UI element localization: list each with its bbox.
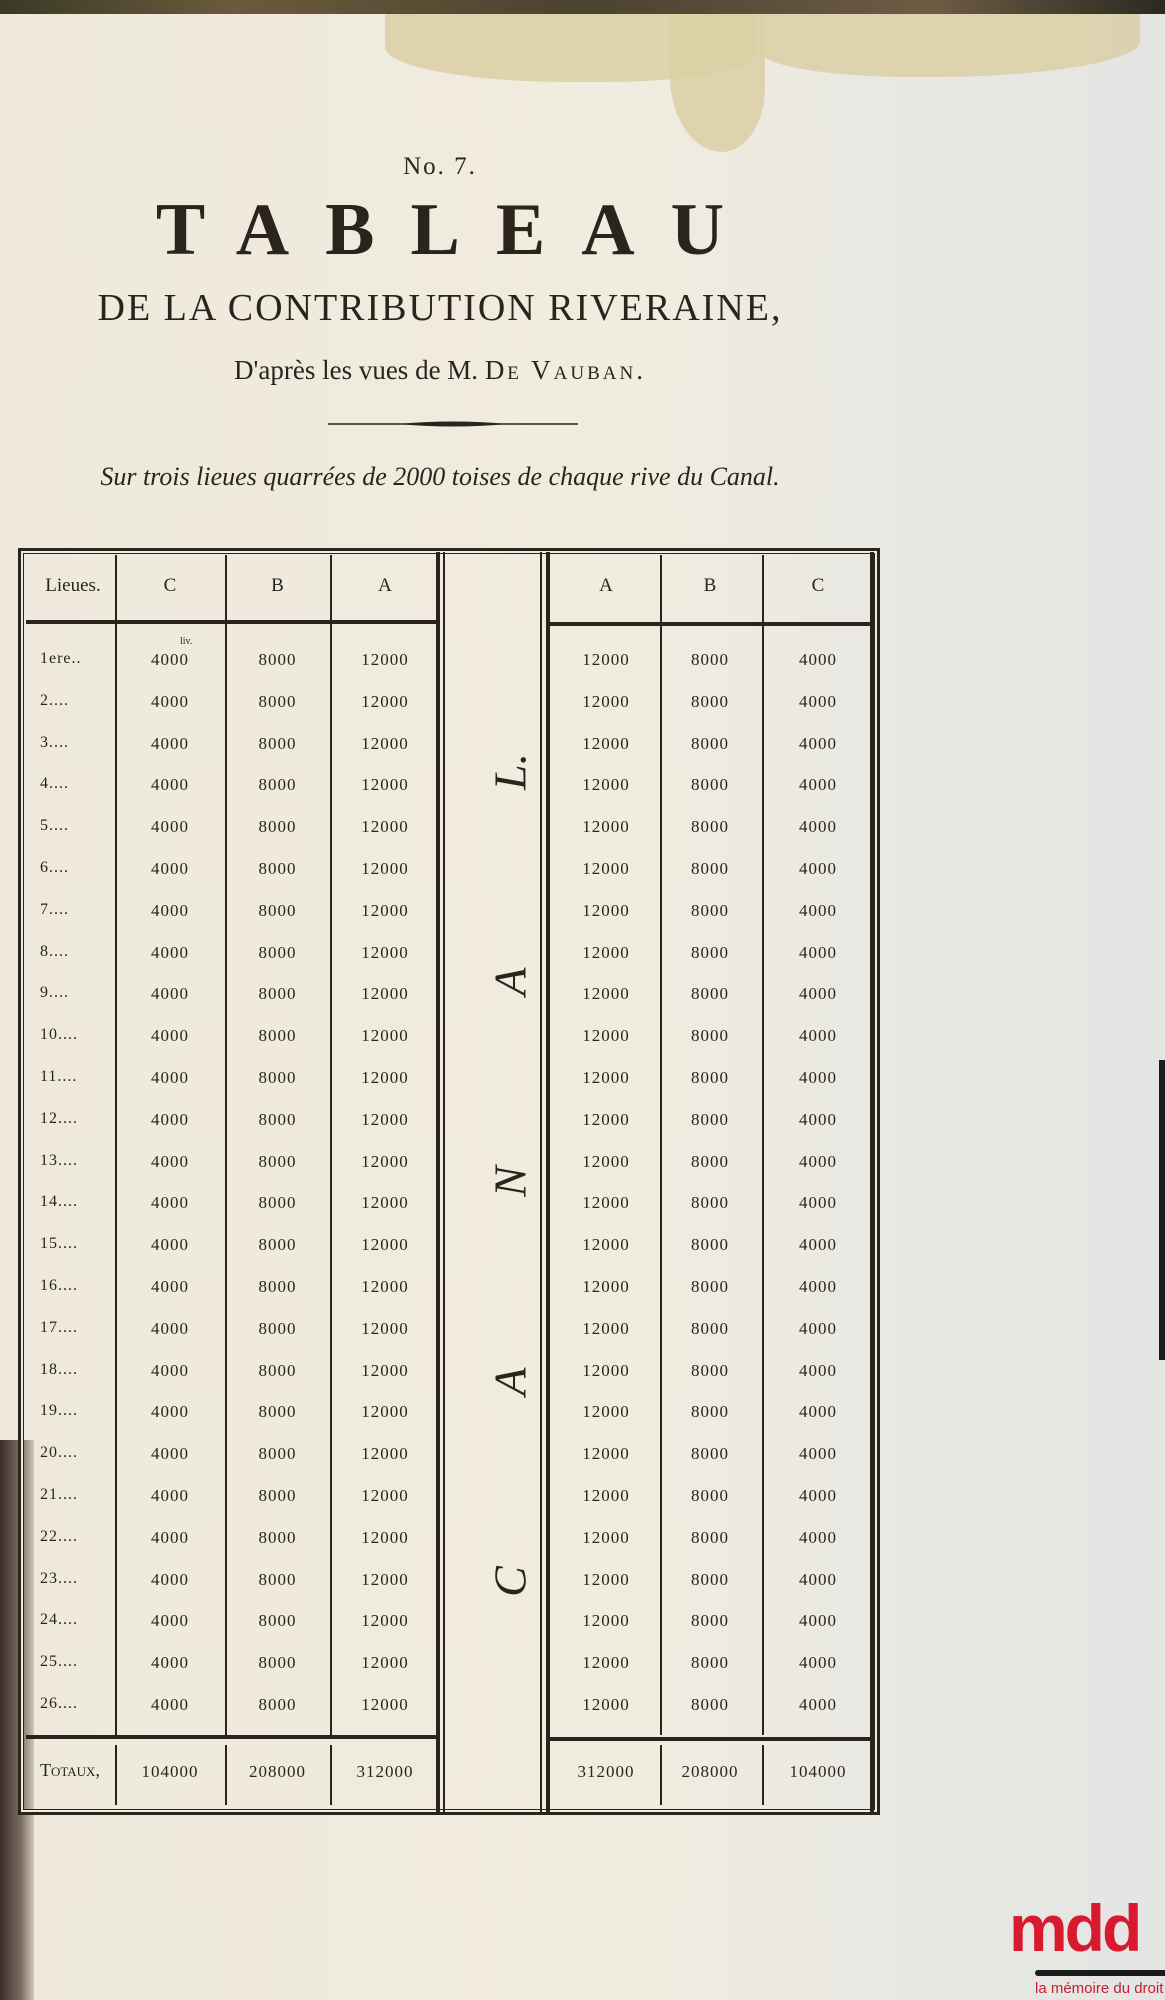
canal-letter: C [484,1542,537,1622]
table-cell: 12000 [552,1570,660,1590]
table-cell: 4000 [762,1193,874,1213]
table-cell: 4000 [115,901,225,921]
table-cell: 4000 [762,1277,874,1297]
table-cell: 4000 [115,1402,225,1422]
total-cell: 104000 [115,1762,225,1782]
table-cell: 12000 [330,817,440,837]
table-cell: 4000 [762,734,874,754]
row-label: 24.... [40,1611,78,1629]
table-cell: 12000 [330,1026,440,1046]
table-cell: 8000 [660,1068,760,1088]
table-cell: 8000 [660,1402,760,1422]
table-cell: 4000 [762,1361,874,1381]
column-header: B [225,575,330,597]
logo-bar [1035,1970,1165,1976]
table-cell: 12000 [552,1152,660,1172]
column-divider [225,555,227,1735]
book-edge [0,0,1165,14]
table-cell: 8000 [660,984,760,1004]
total-cell: 312000 [552,1762,660,1782]
table-number: No. 7. [0,153,880,181]
logo-text: mdd [1009,1890,1139,1966]
totals-rule [26,1735,436,1739]
byline-name: De Vauban. [485,355,646,385]
table-cell: 12000 [552,859,660,879]
table-cell: 4000 [115,1026,225,1046]
table-cell: 8000 [225,901,330,921]
table-cell: 12000 [552,650,660,670]
table-cell: 12000 [330,692,440,712]
table-cell: 4000 [115,1444,225,1464]
table-cell: 8000 [225,1402,330,1422]
table-cell: 12000 [330,859,440,879]
table-cell: 12000 [552,1611,660,1631]
table-cell: 4000 [115,1611,225,1631]
row-label: 16.... [40,1277,78,1295]
total-cell: 104000 [762,1762,874,1782]
table-cell: 8000 [660,1193,760,1213]
row-label: 18.... [40,1361,78,1379]
row-label: 20.... [40,1444,78,1462]
table-cell: 8000 [225,1277,330,1297]
block-divider [546,552,550,1812]
row-label: 8.... [40,943,69,961]
table-cell: 4000 [762,1486,874,1506]
table-cell: 8000 [660,1528,760,1548]
table-cell: 12000 [552,1277,660,1297]
table-cell: 4000 [115,775,225,795]
table-cell: 8000 [225,1486,330,1506]
row-label: 3.... [40,734,69,752]
row-label: 2.... [40,692,69,710]
table-cell: 4000 [762,1068,874,1088]
row-label: 15.... [40,1235,78,1253]
header-rule [26,620,436,624]
column-header: C [115,575,225,597]
table-cell: 8000 [225,1361,330,1381]
row-label: 5.... [40,817,69,835]
table-cell: 4000 [115,1319,225,1339]
table-cell: 12000 [552,1235,660,1255]
table-cell: 8000 [660,1235,760,1255]
canal-letter: N [484,1142,537,1222]
table-cell: 4000 [762,943,874,963]
table-cell: 8000 [660,692,760,712]
table-cell: 12000 [330,943,440,963]
table-cell: 8000 [660,1277,760,1297]
total-cell: 208000 [660,1762,760,1782]
table-cell: 12000 [330,984,440,1004]
table-cell: 12000 [330,1611,440,1631]
table-cell: 8000 [660,650,760,670]
table-cell: 8000 [660,1695,760,1715]
table-cell: 12000 [552,1402,660,1422]
table-cell: 12000 [330,734,440,754]
table-cell: 8000 [660,734,760,754]
table-cell: 4000 [115,1695,225,1715]
table-cell: 4000 [762,1611,874,1631]
table-cell: 12000 [552,1444,660,1464]
table-cell: 8000 [660,1611,760,1631]
table-cell: 8000 [660,1319,760,1339]
table-cell: 8000 [225,1193,330,1213]
table-cell: 12000 [330,1068,440,1088]
table-cell: 12000 [552,692,660,712]
table-cell: 8000 [225,775,330,795]
table-cell: 8000 [225,1611,330,1631]
table-cell: 12000 [330,650,440,670]
table-cell: 4000 [762,650,874,670]
row-label: 13.... [40,1152,78,1170]
table-cell: 4000 [115,1235,225,1255]
row-label: 10.... [40,1026,78,1044]
table-cell: 12000 [552,817,660,837]
row-label: 4.... [40,775,69,793]
table-cell: 4000 [762,1110,874,1130]
table-cell: 12000 [552,901,660,921]
table-cell: 4000 [115,1152,225,1172]
row-label: 19.... [40,1402,78,1420]
logo-tagline: la mémoire du droit [1035,1980,1163,1997]
table-cell: 4000 [115,692,225,712]
table-cell: 12000 [552,1653,660,1673]
table-cell: 12000 [330,901,440,921]
row-label: 21.... [40,1486,78,1504]
table-cell: 12000 [330,775,440,795]
table-cell: 12000 [330,1319,440,1339]
table-note: Sur trois lieues quarrées de 2000 toises… [0,462,880,492]
table-cell: 8000 [225,1570,330,1590]
row-label: 14.... [40,1193,78,1211]
table-cell: 8000 [225,1068,330,1088]
table-cell: 8000 [660,1444,760,1464]
table-cell: 8000 [660,1026,760,1046]
table-cell: 12000 [330,1444,440,1464]
table-cell: 8000 [225,1110,330,1130]
table-cell: 8000 [225,650,330,670]
row-label: 7.... [40,901,69,919]
total-cell: 312000 [330,1762,440,1782]
table-cell: 8000 [225,734,330,754]
table-cell: 12000 [330,1235,440,1255]
table-cell: 4000 [762,1528,874,1548]
row-label: 12.... [40,1110,78,1128]
table-cell: 12000 [330,1193,440,1213]
table-cell: 12000 [330,1361,440,1381]
row-label: 17.... [40,1319,78,1337]
row-label: 1ere.. [40,650,82,668]
table-cell: 8000 [660,901,760,921]
total-cell: 208000 [225,1762,330,1782]
table-cell: 8000 [660,1486,760,1506]
table-cell: 8000 [225,1444,330,1464]
table-cell: 4000 [762,775,874,795]
table-cell: 12000 [330,1277,440,1297]
table-cell: 4000 [762,817,874,837]
table-cell: 8000 [660,1570,760,1590]
table-cell: 4000 [115,1110,225,1130]
page-subtitle: DE LA CONTRIBUTION RIVERAINE, [0,286,880,330]
table-cell: 8000 [225,1695,330,1715]
row-label: 26.... [40,1695,78,1713]
table-cell: 12000 [552,1026,660,1046]
column-divider [330,555,332,1735]
table-cell: 4000 [762,984,874,1004]
totals-label: Totaux, [40,1760,100,1781]
table-cell: 8000 [660,1653,760,1673]
water-stain [670,12,765,152]
column-divider [762,555,764,1735]
table-cell: 12000 [552,1528,660,1548]
table-cell: 12000 [552,1486,660,1506]
header-rule [550,622,870,626]
table-cell: 4000 [115,1277,225,1297]
table-cell: 4000 [115,1068,225,1088]
page-edge-shadow [1159,1060,1165,1360]
table-cell: 8000 [660,859,760,879]
table-cell: 12000 [330,1486,440,1506]
row-label: 23.... [40,1570,78,1588]
page-title: TABLEAU [0,188,880,273]
table-cell: 8000 [660,775,760,795]
column-header: C [762,575,874,597]
table-cell: 4000 [115,943,225,963]
table-cell: 4000 [115,1528,225,1548]
table-cell: 12000 [552,1319,660,1339]
table-cell: 8000 [225,984,330,1004]
table-cell: 8000 [660,817,760,837]
row-label: 25.... [40,1653,78,1671]
table-cell: 4000 [115,1486,225,1506]
table-cell: 8000 [225,692,330,712]
table-cell: 4000 [762,1402,874,1422]
table-cell: 12000 [552,984,660,1004]
table-cell: 12000 [330,1528,440,1548]
canal-letter: L. [484,732,537,812]
column-divider [660,555,662,1735]
water-stain [760,12,1140,77]
table-cell: 4000 [762,901,874,921]
table-cell: 4000 [115,1653,225,1673]
table-cell: 12000 [552,775,660,795]
row-label: 9.... [40,984,69,1002]
table-cell: 8000 [660,1361,760,1381]
table-cell: 4000 [762,859,874,879]
table-cell: 12000 [552,1193,660,1213]
table-cell: 8000 [225,943,330,963]
table-cell: 4000 [115,650,225,670]
column-header: Lieues. [28,575,118,597]
canal-letter: A [484,942,537,1022]
table-cell: 8000 [660,943,760,963]
table-cell: 12000 [552,734,660,754]
table-cell: 12000 [552,1068,660,1088]
table-cell: 12000 [552,943,660,963]
table-cell: 12000 [330,1570,440,1590]
table-cell: 12000 [330,1152,440,1172]
row-label: 11.... [40,1068,77,1086]
table-cell: 4000 [115,1193,225,1213]
table-cell: 4000 [115,1570,225,1590]
table-cell: 4000 [762,692,874,712]
table-cell: 4000 [762,1695,874,1715]
row-label: 22.... [40,1528,78,1546]
table-cell: 8000 [660,1152,760,1172]
table-cell: 8000 [225,1026,330,1046]
table-cell: 4000 [762,1235,874,1255]
table-cell: 4000 [115,817,225,837]
table-cell: 8000 [225,1152,330,1172]
table-cell: 8000 [225,1319,330,1339]
table-cell: 4000 [762,1152,874,1172]
block-divider [540,552,542,1812]
table-cell: 12000 [330,1110,440,1130]
table-cell: 4000 [762,1570,874,1590]
row-label: 6.... [40,859,69,877]
column-header: B [660,575,760,597]
table-cell: 12000 [552,1695,660,1715]
table-cell: 8000 [225,859,330,879]
table-cell: 4000 [762,1026,874,1046]
column-header: A [552,575,660,597]
table-cell: 4000 [115,1361,225,1381]
table-cell: 4000 [115,984,225,1004]
byline: D'après les vues de M. De Vauban. [0,355,880,386]
table-cell: 8000 [225,817,330,837]
canal-letter: A [484,1342,537,1422]
table-cell: 8000 [225,1653,330,1673]
table-cell: 4000 [115,734,225,754]
totals-rule [550,1737,870,1741]
table-cell: 8000 [225,1235,330,1255]
table-cell: 8000 [225,1528,330,1548]
byline-prefix: D'après les vues de M. [234,355,478,385]
table-cell: 12000 [330,1695,440,1715]
unit-label: liv. [180,636,192,647]
table-cell: 4000 [762,1319,874,1339]
table-cell: 12000 [330,1402,440,1422]
column-divider [115,555,117,1735]
ornament-rule [328,420,578,428]
table-cell: 12000 [552,1110,660,1130]
table-cell: 12000 [552,1361,660,1381]
block-divider [443,552,445,1812]
table-cell: 8000 [660,1110,760,1130]
table-cell: 12000 [330,1653,440,1673]
table-cell: 4000 [115,859,225,879]
column-header: A [330,575,440,597]
table-cell: 4000 [762,1444,874,1464]
table-cell: 4000 [762,1653,874,1673]
mdd-logo: mdd la mémoire du droit [1005,1890,1165,2000]
